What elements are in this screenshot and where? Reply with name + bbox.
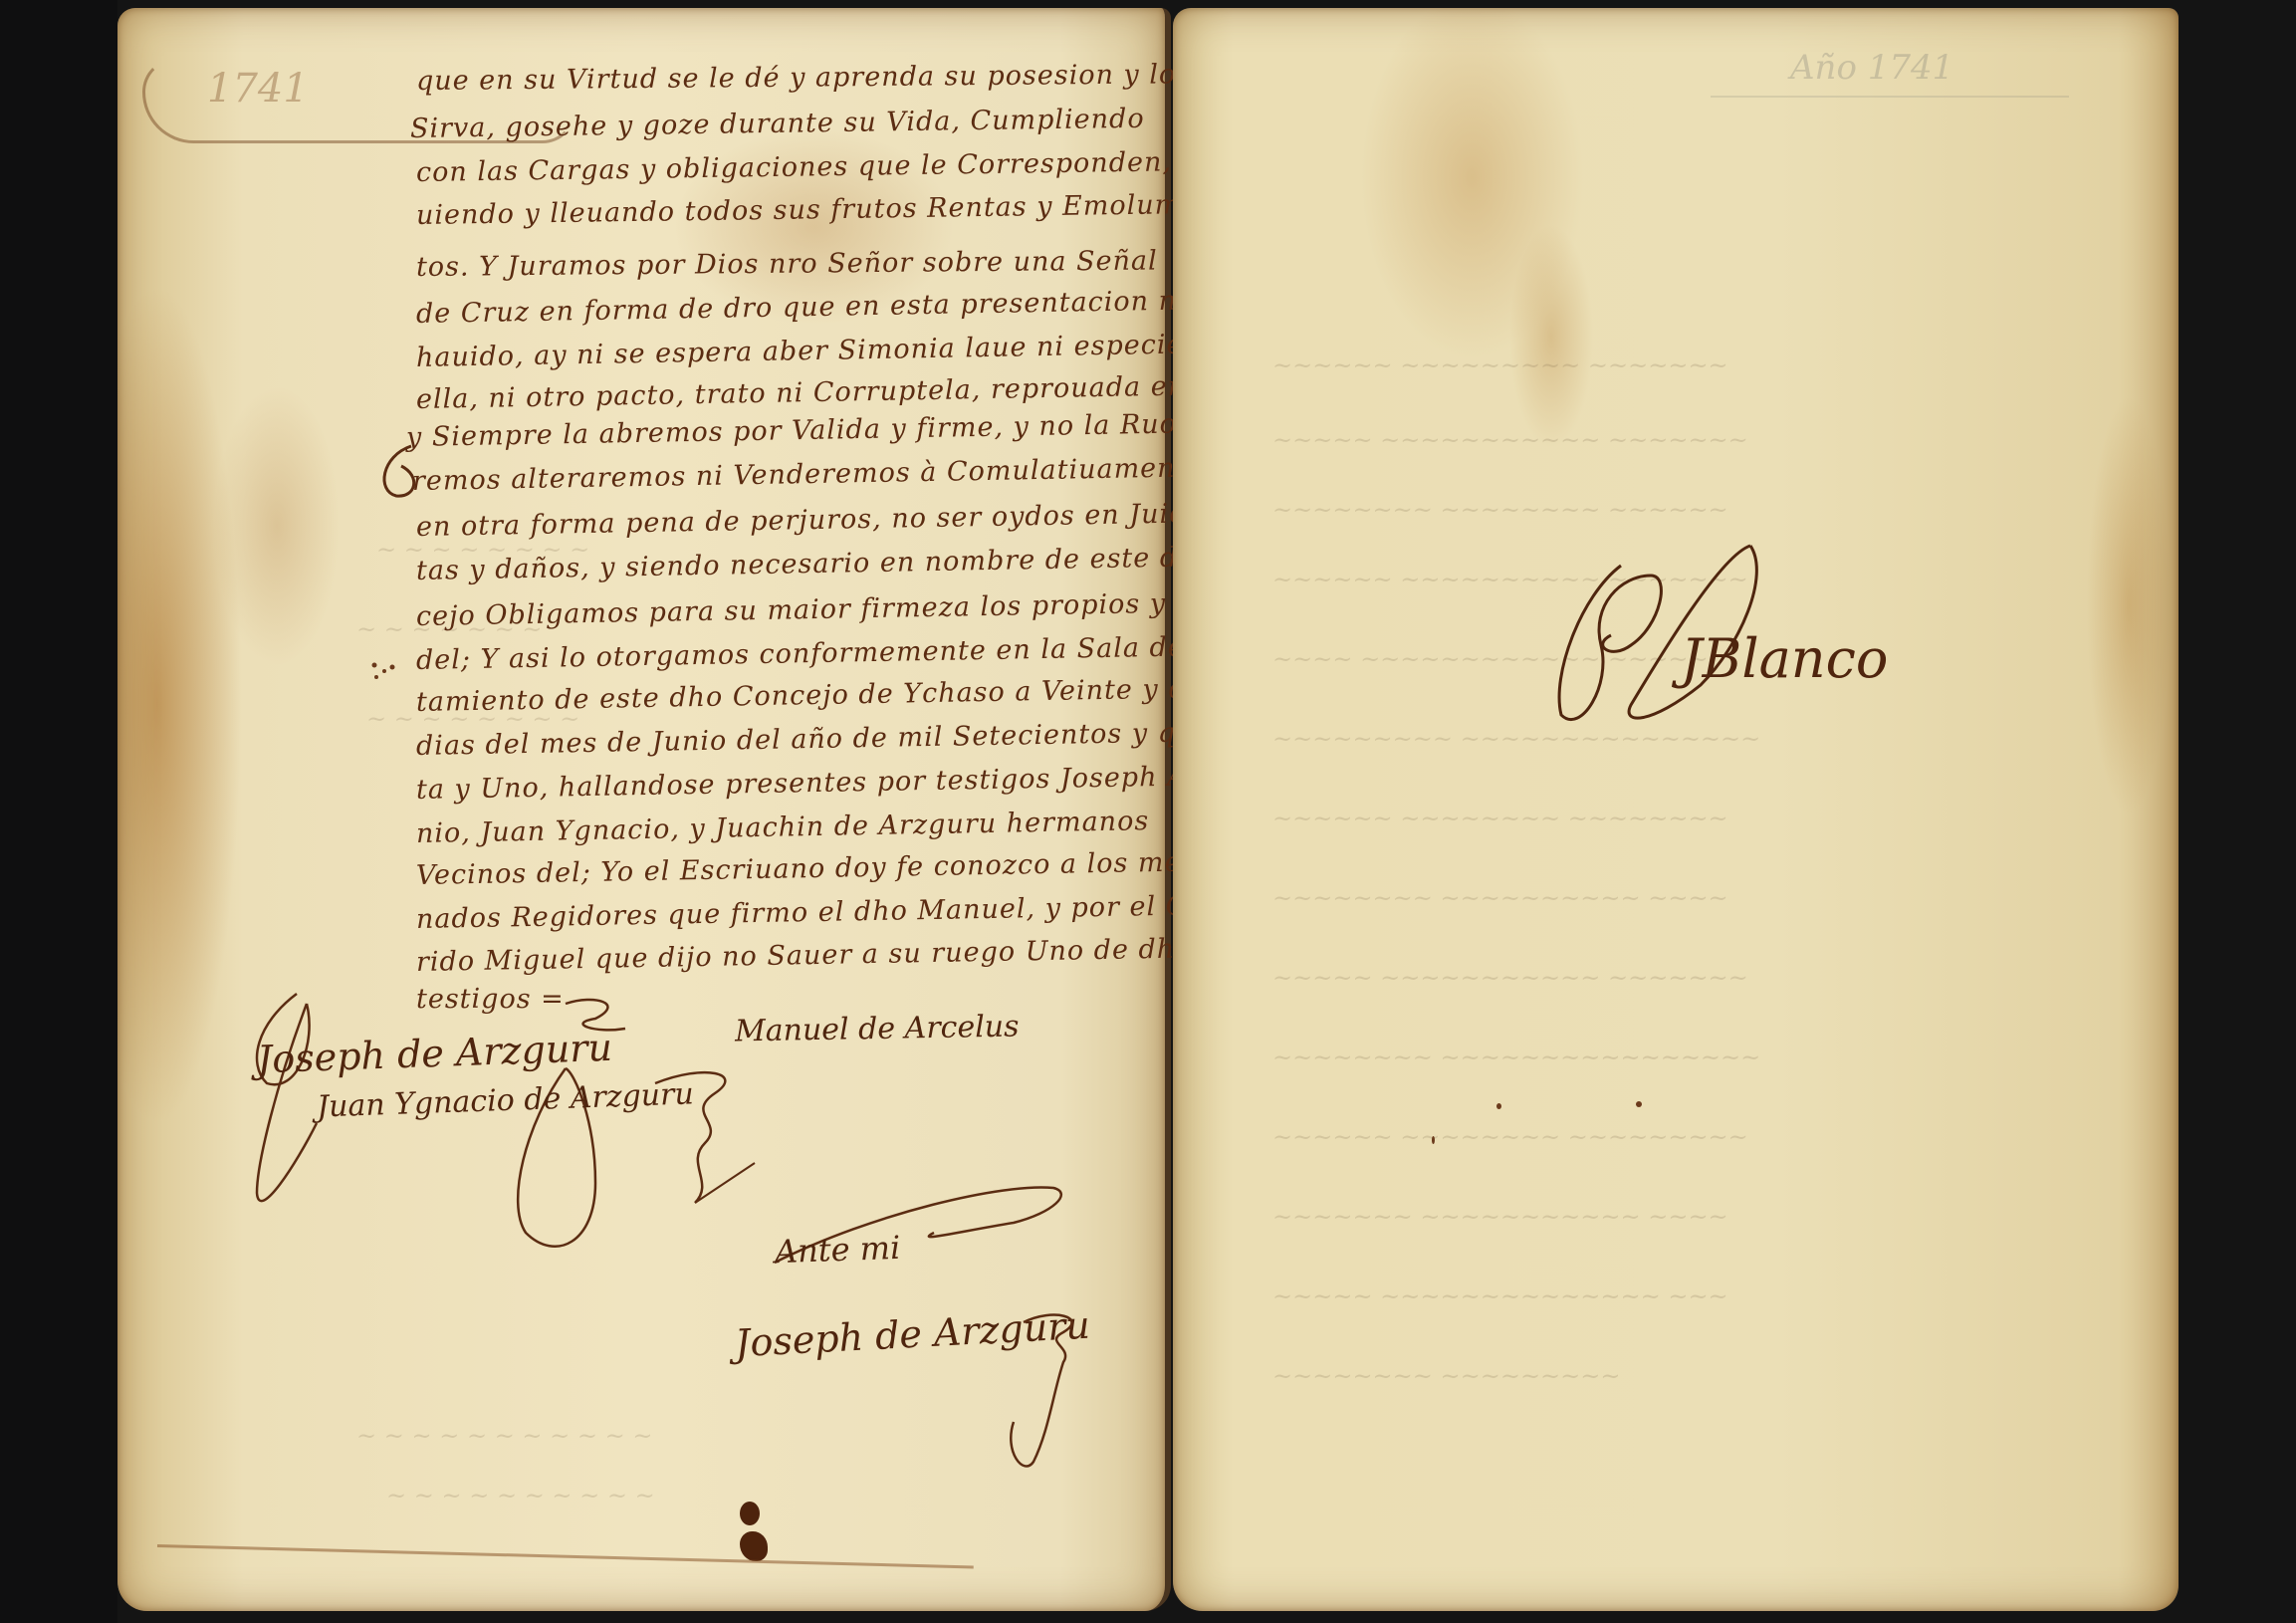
text-line: Vecinos del; Yo el Escriuano doy fe cono…	[416, 845, 1254, 891]
signature-blanco: JBlanco	[1681, 627, 1888, 690]
signature-manuel-de-arcelus: Manuel de Arcelus	[735, 1010, 1020, 1049]
header-rule	[1711, 96, 2069, 98]
text-line: que en su Virtud se le dé y aprenda su p…	[416, 59, 1176, 97]
bleed-through-text: ~~~~~~ ~~~~~~~~ ~~~~~~~~~	[1272, 1123, 1748, 1151]
margin-note: 1741	[207, 66, 309, 112]
text-line: hauido, ay ni se espera aber Simonia lau…	[416, 329, 1229, 373]
text-line: ella, ni otro pacto, trato ni Corruptela…	[416, 369, 1255, 415]
initial-flourish-icon	[371, 436, 431, 506]
text-line: cejo Obligamos para su maior firmeza los…	[416, 586, 1276, 632]
bottom-rule	[157, 1544, 974, 1568]
bleed-through-text: ~~~~~~ ~~~~~~~~ ~~~~~~~~	[1272, 805, 1728, 832]
bleed-through-text: ~~~~~~ ~~~~~~~~~ ~~~~~~~	[1272, 351, 1728, 379]
ink-speck	[1636, 1101, 1642, 1107]
text-line: uiendo y lleuando todos sus frutos Renta…	[416, 189, 1227, 231]
bleed-through-text: ~~~~~~~~ ~~~~~~~~~~ ~~~~	[1272, 884, 1728, 912]
text-line: del; Y asi lo otorgamos conformemente en…	[416, 630, 1274, 676]
margin-note: Año 1741	[1790, 48, 1953, 88]
bleed-through-text: ~~~~~ ~~~~~~~~~~~ ~~~~~~~	[1272, 964, 1748, 992]
margin-dot-mark-icon	[366, 657, 406, 687]
text-line: con las Cargas y obligaciones que le Cor…	[416, 145, 1273, 188]
bleed-through-text: ~~~~~ ~~~~~~~~~~~ ~~~~~~~	[1272, 426, 1748, 454]
right-page: Año 1741 ~~~~~~ ~~~~~~~~~ ~~~~~~~ ~~~~~ …	[1173, 8, 2179, 1611]
bleed-through-text: ~~~~~~~~ ~~~~~~~~~~~~~~~~	[1272, 1043, 1760, 1071]
manuscript-spread: ~ ~ ~ ~ ~ ~ ~ ~ ~ ~ ~ ~ ~ ~ ~ ~ ~ ~ ~ ~ …	[117, 0, 2179, 1623]
text-line: de Cruz en forma de dro que en esta pres…	[416, 285, 1240, 330]
scan-background-right	[2179, 0, 2296, 1623]
ink-blot	[740, 1531, 768, 1561]
bleed-through-text: ~~~~~ ~~~~~~~~~~~~~~ ~~~	[1272, 1282, 1728, 1310]
notary-signature-loop	[994, 1302, 1113, 1482]
text-line: nados Regidores que firmo el dho Manuel,…	[416, 890, 1227, 935]
text-line: tamiento de este dho Concejo de Ychaso a…	[416, 673, 1238, 718]
signature-ante-mi: Ante mi	[774, 1229, 901, 1271]
bleed-through-text: ~~~~~~~ ~~~~~~~~~~~ ~~~~	[1272, 1203, 1728, 1231]
ink-blot	[740, 1502, 760, 1525]
ink-speck	[1432, 1136, 1435, 1144]
text-line: ta y Uno, hallandose presentes por testi…	[416, 760, 1246, 806]
text-line: remos alteraremos ni Venderemos à Comula…	[412, 451, 1242, 497]
text-line: tos. Y Juramos por Dios nro Señor sobre …	[416, 246, 1158, 283]
bleed-through-text: ~~~~~~~~ ~~~~~~~~~	[1272, 1362, 1621, 1390]
left-page: ~ ~ ~ ~ ~ ~ ~ ~ ~ ~ ~ ~ ~ ~ ~ ~ ~ ~ ~ ~ …	[117, 8, 1171, 1611]
ink-speck	[1496, 1103, 1501, 1109]
bleed-through-text: ~ ~ ~ ~ ~ ~ ~ ~ ~ ~	[386, 1482, 655, 1509]
scan-background-left	[0, 0, 117, 1623]
text-line: en otra forma pena de perjuros, no ser o…	[416, 497, 1273, 543]
bleed-through-text: ~~~~~~~~ ~~~~~~~~ ~~~~~~	[1272, 496, 1728, 524]
text-line: nio, Juan Ygnacio, y Juachin de Arzguru …	[416, 806, 1150, 849]
text-line: y Siempre la abremos por Valida y firme,…	[406, 408, 1221, 453]
